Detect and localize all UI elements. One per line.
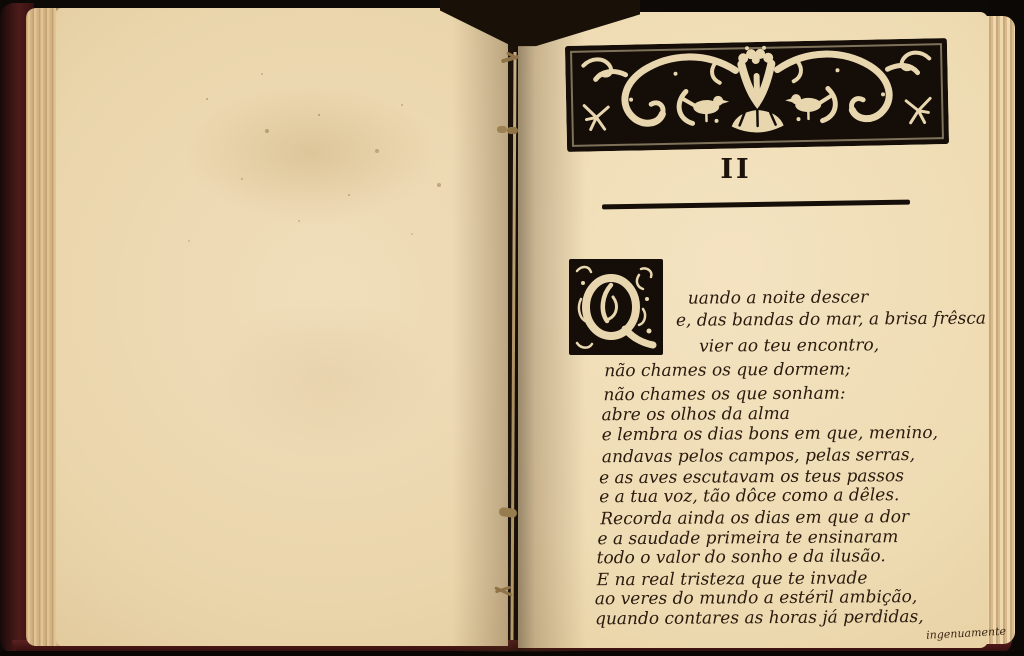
binding-thread bbox=[510, 52, 516, 640]
poem-line: Recorda ainda os dias em que a dor bbox=[600, 507, 909, 529]
handwritten-poem: uando a noite descer e, das bandas do ma… bbox=[556, 0, 1006, 656]
poem-line: e lembra os dias bons em que, menino, bbox=[602, 423, 938, 445]
poem-line: vier ao teu encontro, bbox=[699, 335, 879, 356]
poem-line: abre os olhos da alma bbox=[602, 404, 790, 425]
poem-line: e, das bandas do mar, a brisa frêsca bbox=[676, 309, 986, 331]
poem-line: ao veres do mundo a estéril ambição, bbox=[595, 587, 917, 609]
binding-thread-knot bbox=[507, 127, 518, 134]
poem-line: quando contares as horas já perdidas, bbox=[595, 607, 924, 629]
poem-line: não chames os que sonham: bbox=[603, 384, 845, 406]
binding-thread-knot bbox=[497, 126, 507, 133]
poem-line: não chames os que dormem; bbox=[604, 360, 851, 382]
poem-line: e a tua voz, tão dôce como a dêles. bbox=[599, 485, 899, 507]
open-book-photo: II Q uando a noite descer bbox=[0, 0, 1024, 656]
left-page bbox=[56, 8, 508, 646]
foxing-speckles bbox=[56, 8, 58, 10]
poem-line: todo o valor do sonho e da ilusão. bbox=[597, 546, 886, 568]
poem-line: andavas pelos campos, pelas serras, bbox=[602, 445, 915, 467]
poem-line: uando a noite descer bbox=[688, 287, 869, 308]
